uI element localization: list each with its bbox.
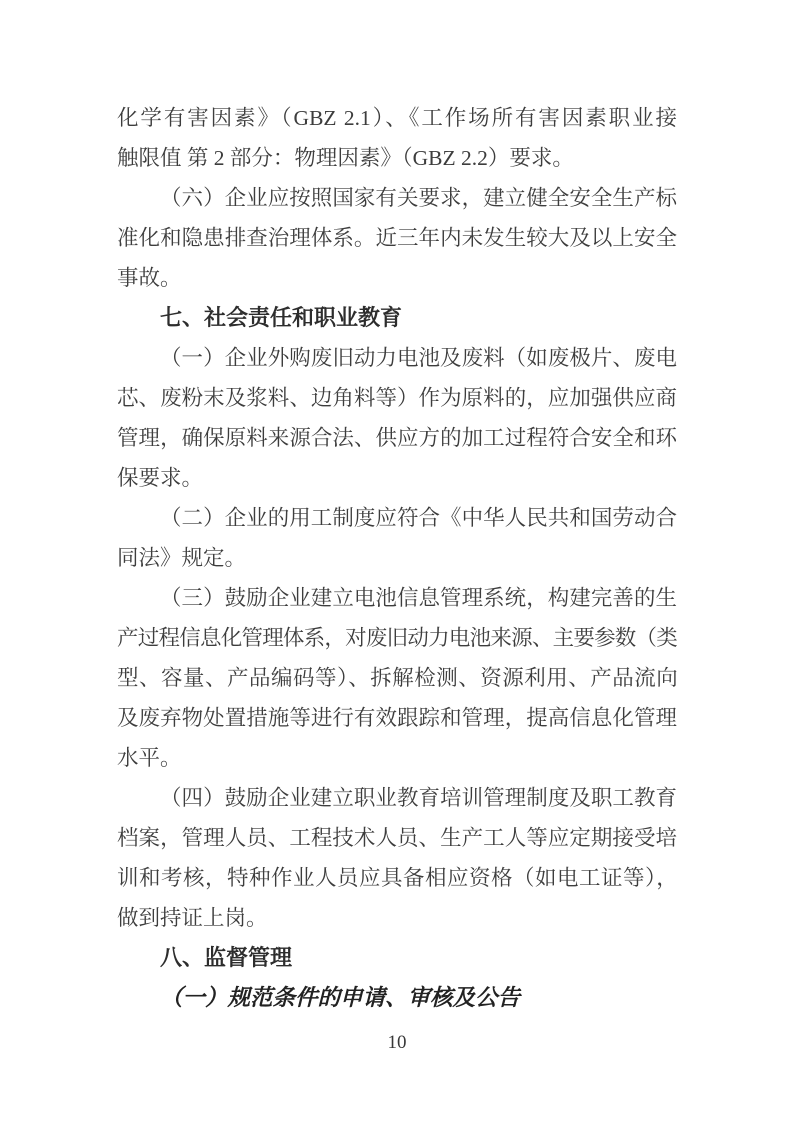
text-line: （一）企业外购废旧动力电池及废料（如废极片、废电 [117, 338, 677, 378]
page-body: 化学有害因素》（GBZ 2.1）、《工作场所有害因素职业接触限值 第 2 部分：… [117, 98, 677, 1018]
section-heading: （一）规范条件的申请、审核及公告 [117, 978, 677, 1018]
page-footer: 10 [0, 1032, 794, 1054]
section-heading: 七、社会责任和职业教育 [117, 298, 677, 338]
text-line: 水平。 [117, 738, 677, 778]
text-line: 同法》规定。 [117, 538, 677, 578]
text-line: 保要求。 [117, 458, 677, 498]
text-line: 产过程信息化管理体系，对废旧动力电池来源、主要参数（类 [117, 618, 677, 658]
text-line: 管理，确保原料来源合法、供应方的加工过程符合安全和环 [117, 418, 677, 458]
text-line: 触限值 第 2 部分：物理因素》（GBZ 2.2）要求。 [117, 138, 677, 178]
text-line: 事故。 [117, 258, 677, 298]
text-line: 及废弃物处置措施等进行有效跟踪和管理，提高信息化管理 [117, 698, 677, 738]
text-line: 档案，管理人员、工程技术人员、生产工人等应定期接受培 [117, 818, 677, 858]
document-page: 化学有害因素》（GBZ 2.1）、《工作场所有害因素职业接触限值 第 2 部分：… [0, 0, 794, 1123]
text-line: 芯、废粉末及浆料、边角料等）作为原料的，应加强供应商 [117, 378, 677, 418]
text-line: 型、容量、产品编码等）、拆解检测、资源利用、产品流向 [117, 658, 677, 698]
page-number: 10 [388, 1032, 407, 1053]
text-line: 准化和隐患排查治理体系。近三年内未发生较大及以上安全 [117, 218, 677, 258]
text-line: （三）鼓励企业建立电池信息管理系统，构建完善的生 [117, 578, 677, 618]
text-line: （六）企业应按照国家有关要求，建立健全安全生产标 [117, 178, 677, 218]
text-line: 训和考核，特种作业人员应具备相应资格（如电工证等）， [117, 858, 677, 898]
text-line: 做到持证上岗。 [117, 898, 677, 938]
section-heading: 八、监督管理 [117, 938, 677, 978]
text-line: （四）鼓励企业建立职业教育培训管理制度及职工教育 [117, 778, 677, 818]
text-line: 化学有害因素》（GBZ 2.1）、《工作场所有害因素职业接 [117, 98, 677, 138]
text-line: （二）企业的用工制度应符合《中华人民共和国劳动合 [117, 498, 677, 538]
